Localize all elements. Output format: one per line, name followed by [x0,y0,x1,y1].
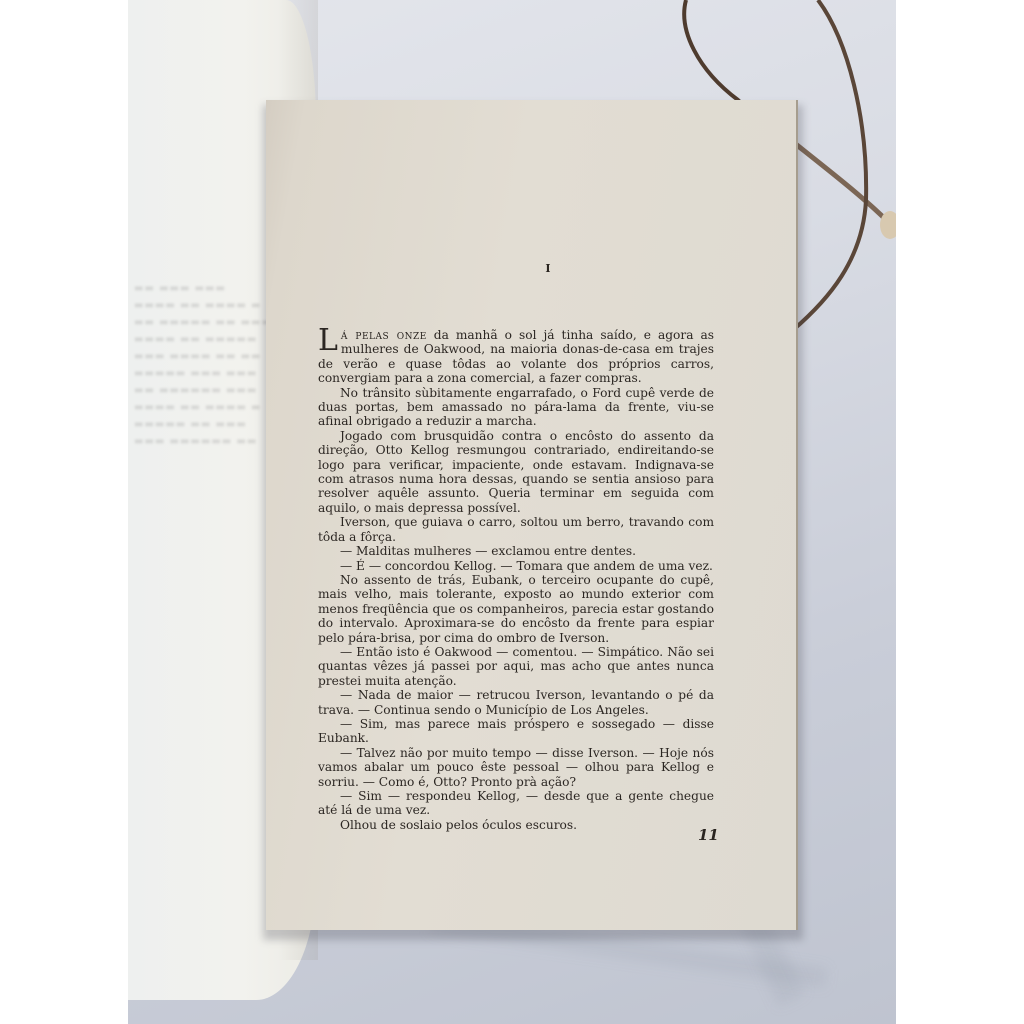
paragraph: — Malditas mulheres — exclamou entre den… [318,544,714,558]
paragraph: — Sim, mas parece mais próspero e sosseg… [318,717,714,746]
paragraph: Olhou de soslaio pelos óculos escuros. [318,818,714,832]
paragraph: — Talvez não por muito tempo — disse Ive… [318,746,714,789]
right-page: I Lá pelas onze da manhã o sol já tinha … [266,100,798,930]
paragraph: Jogado com brusquidão contra o encôsto d… [318,429,714,515]
paragraph: No trânsito sùbitamente engarrafado, o F… [318,386,714,429]
page-number: 11 [698,826,719,844]
paragraph: Iverson, que guiava o carro, soltou um b… [318,515,714,544]
drop-cap: L [318,330,338,352]
opening-paragraph: Lá pelas onze da manhã o sol já tinha sa… [318,328,714,386]
body-text: Lá pelas onze da manhã o sol já tinha sa… [318,328,714,832]
paragraph: No assento de trás, Eubank, o terceiro o… [318,573,714,645]
show-through-text: ▬▬ ▬▬▬ ▬▬▬ ▬▬▬▬ ▬▬ ▬▬▬▬ ▬ ▬▬ ▬▬▬▬▬ ▬▬ ▬▬… [134,280,274,450]
opening-small-caps: á pelas onze [341,328,427,342]
chapter-number: I [318,262,778,275]
paragraph: — Sim — respondeu Kellog, — desde que a … [318,789,714,818]
paragraph: — É — concordou Kellog. — Tomara que and… [318,559,714,573]
paragraph: — Nada de maior — retrucou Iverson, leva… [318,688,714,717]
photo-background: ▬▬ ▬▬▬ ▬▬▬ ▬▬▬▬ ▬▬ ▬▬▬▬ ▬ ▬▬ ▬▬▬▬▬ ▬▬ ▬▬… [128,0,896,1024]
paragraph: — Então isto é Oakwood — comentou. — Sim… [318,645,714,688]
